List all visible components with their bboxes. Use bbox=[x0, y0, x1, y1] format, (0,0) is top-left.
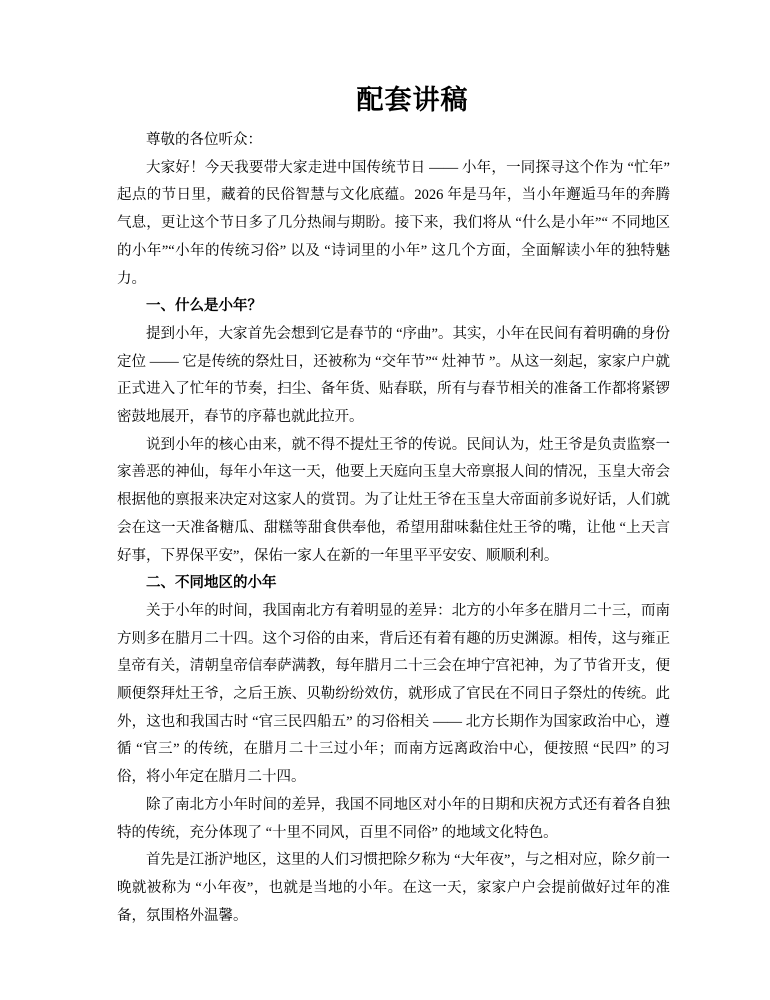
section-2-paragraph-3: 首先是江浙沪地区，这里的人们习惯把除夕称为 “大年夜”，与之相对应，除夕前一晚就… bbox=[117, 847, 670, 930]
section-1-paragraph-2: 说到小年的核心由来，就不得不提灶王爷的传说。民间认为，灶王爷是负责监察一家善恶的… bbox=[117, 432, 670, 571]
section-1-heading: 一、什么是小年？ bbox=[117, 293, 670, 321]
salutation-paragraph: 尊敬的各位听众： bbox=[117, 127, 670, 155]
document-page: 配套讲稿 尊敬的各位听众： 大家好！今天我要带大家走进中国传统节日 —— 小年，… bbox=[117, 0, 670, 930]
intro-paragraph: 大家好！今天我要带大家走进中国传统节日 —— 小年，一同探寻这个作为 “忙年” … bbox=[117, 155, 670, 294]
section-2-heading: 二、不同地区的小年 bbox=[117, 570, 670, 598]
section-1-paragraph-1: 提到小年，大家首先会想到它是春节的 “序曲”。其实，小年在民间有着明确的身份定位… bbox=[117, 321, 670, 432]
section-2-paragraph-1: 关于小年的时间，我国南北方有着明显的差异：北方的小年多在腊月二十三，而南方则多在… bbox=[117, 598, 670, 792]
document-title: 配套讲稿 bbox=[117, 84, 670, 116]
section-2-paragraph-2: 除了南北方小年时间的差异，我国不同地区对小年的日期和庆祝方式还有着各自独特的传统… bbox=[117, 792, 670, 847]
